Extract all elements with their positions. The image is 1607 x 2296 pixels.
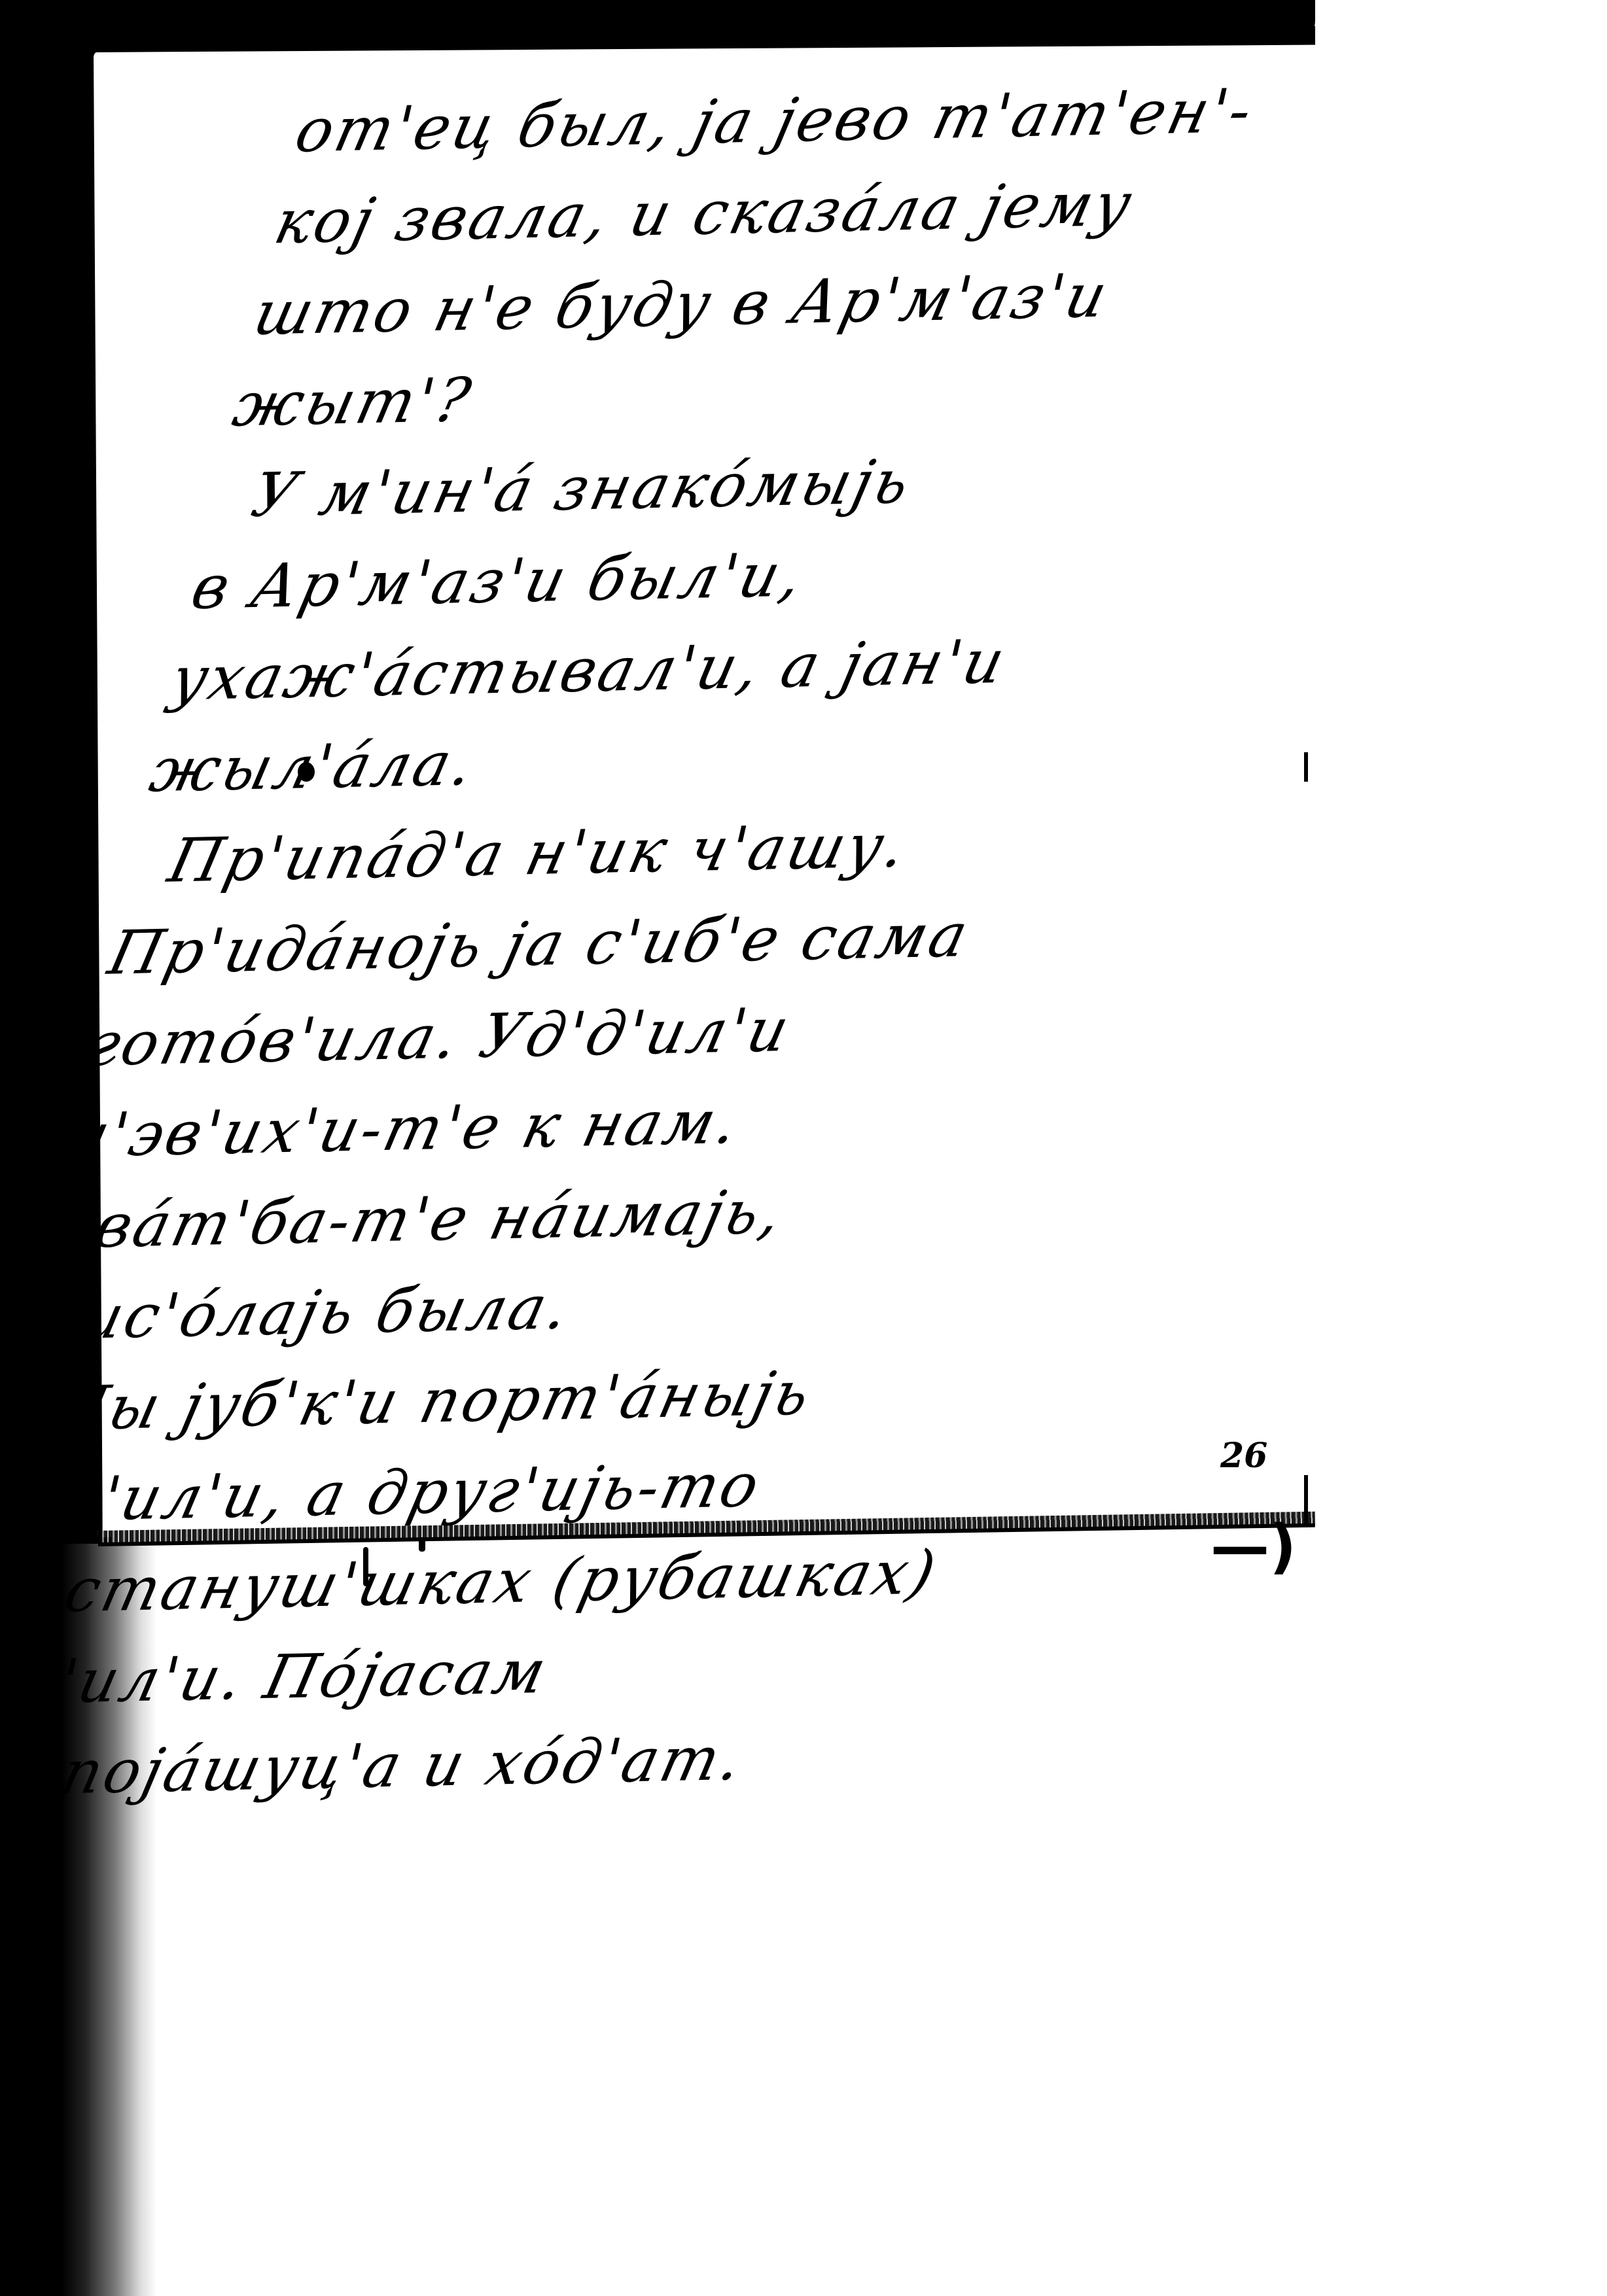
handwriting-line: потпојáшуц'а и хóд'ат. <box>0 1709 928 1822</box>
margin-annotation-mark: —) <box>1210 1518 1296 1576</box>
page-number: 26 <box>1220 1436 1267 1476</box>
right-edge-mark <box>1304 752 1308 782</box>
right-edge-mark <box>1304 1475 1308 1527</box>
